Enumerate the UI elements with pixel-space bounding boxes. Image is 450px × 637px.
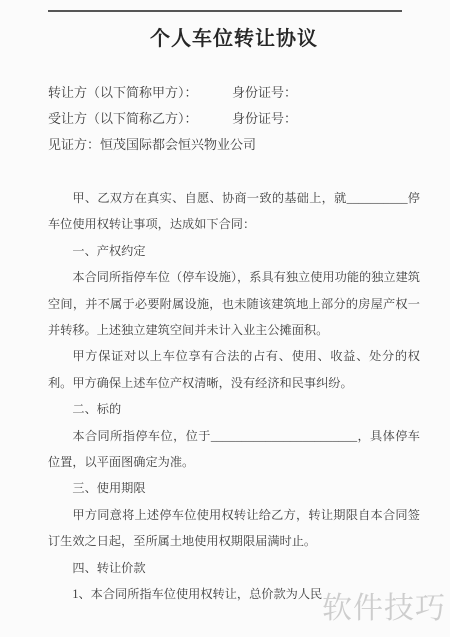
contract-paragraph: 甲方同意将上述停车位使用权转让给乙方，转让期限自本合同签订生效之日起，至所属土地… bbox=[48, 502, 420, 555]
witness-line: 见证方：恒茂国际都会恒兴物业公司 bbox=[48, 132, 420, 158]
transferee-label: 受让方（以下简称乙方）： bbox=[48, 106, 232, 132]
transferor-label: 转让方（以下简称甲方）： bbox=[48, 80, 232, 106]
party-row-transferor: 转让方（以下简称甲方）： 身份证号： bbox=[48, 80, 420, 106]
party-row-transferee: 受让方（以下简称乙方）： 身份证号： bbox=[48, 106, 420, 132]
contract-paragraph: 四、转让价款 bbox=[48, 555, 420, 581]
parties-section: 转让方（以下简称甲方）： 身份证号： 受让方（以下简称乙方）： 身份证号： 见证… bbox=[48, 80, 420, 158]
contract-paragraph: 本合同所指停车位，位于________________________，具体停车… bbox=[48, 423, 420, 476]
contract-body: 甲、乙双方在真实、自愿、协商一致的基础上，就__________停车位使用权转让… bbox=[48, 185, 420, 608]
transferee-id-label: 身份证号： bbox=[232, 106, 420, 132]
page-content: 个人车位转让协议 转让方（以下简称甲方）： 身份证号： 受让方（以下简称乙方）：… bbox=[0, 24, 450, 608]
watermark-text: 软件技巧 bbox=[322, 583, 446, 627]
contract-paragraph: 本合同所指停车位（停车设施），系具有独立使用功能的独立建筑空间，并不属于必要附属… bbox=[48, 264, 420, 343]
contract-paragraph: 甲、乙双方在真实、自愿、协商一致的基础上，就__________停车位使用权转让… bbox=[48, 185, 420, 238]
document-title: 个人车位转让协议 bbox=[48, 24, 420, 54]
contract-paragraph: 一、产权约定 bbox=[48, 238, 420, 264]
contract-paragraph: 二、标的 bbox=[48, 396, 420, 422]
contract-paragraph: 三、使用期限 bbox=[48, 475, 420, 501]
top-rule bbox=[48, 10, 402, 12]
transferor-id-label: 身份证号： bbox=[232, 80, 420, 106]
contract-paragraph: 甲方保证对以上车位享有合法的占有、使用、收益、处分的权利。甲方确保上述车位产权清… bbox=[48, 343, 420, 396]
contract-page: 个人车位转让协议 转让方（以下简称甲方）： 身份证号： 受让方（以下简称乙方）：… bbox=[0, 0, 450, 637]
